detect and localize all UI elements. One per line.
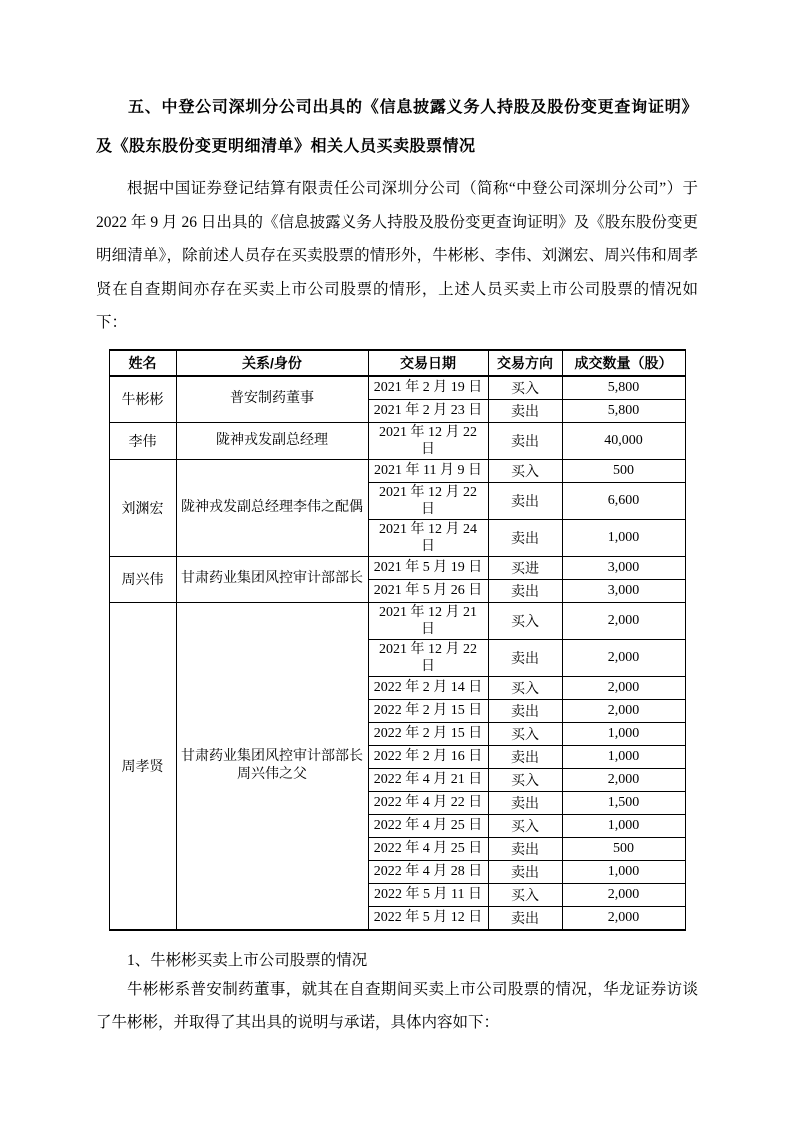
- trade-date-cell: 2022 年 4 月 21 日: [368, 768, 488, 791]
- trade-quantity-cell: 2,000: [562, 768, 685, 791]
- header-quantity: 成交数量（股）: [562, 350, 685, 376]
- document-page: 五、中登公司深圳分公司出具的《信息披露义务人持股及股份变更查询证明》及《股东股份…: [0, 0, 793, 1122]
- trade-date-cell: 2021 年 12 月 22 日: [368, 482, 488, 519]
- trade-quantity-cell: 2,000: [562, 676, 685, 699]
- trade-quantity-cell: 6,600: [562, 482, 685, 519]
- trade-quantity-cell: 2,000: [562, 906, 685, 930]
- trade-date-cell: 2022 年 2 月 14 日: [368, 676, 488, 699]
- subsection-paragraph: 牛彬彬系普安制药董事，就其在自查期间买卖上市公司股票的情况，华龙证券访谈了牛彬彬…: [96, 973, 698, 1040]
- trade-date-cell: 2021 年 2 月 23 日: [368, 399, 488, 422]
- trade-direction-cell: 买入: [488, 883, 562, 906]
- trade-direction-cell: 买入: [488, 722, 562, 745]
- person-relation-cell: 甘肃药业集团风控审计部部长: [176, 556, 368, 602]
- trade-quantity-cell: 1,500: [562, 791, 685, 814]
- trade-date-cell: 2022 年 4 月 25 日: [368, 837, 488, 860]
- trade-date-cell: 2021 年 12 月 21 日: [368, 602, 488, 639]
- trade-direction-cell: 卖出: [488, 699, 562, 722]
- trade-quantity-cell: 1,000: [562, 860, 685, 883]
- table-row: 周孝贤甘肃药业集团风控审计部部长周兴伟之父2021 年 12 月 21 日买入2…: [109, 602, 685, 639]
- trade-date-cell: 2022 年 2 月 15 日: [368, 699, 488, 722]
- trade-direction-cell: 卖出: [488, 745, 562, 768]
- trade-date-cell: 2021 年 12 月 22 日: [368, 639, 488, 676]
- trade-direction-cell: 买进: [488, 556, 562, 579]
- page-content: 五、中登公司深圳分公司出具的《信息披露义务人持股及股份变更查询证明》及《股东股份…: [0, 0, 793, 1040]
- trade-date-cell: 2022 年 4 月 22 日: [368, 791, 488, 814]
- table-row: 周兴伟甘肃药业集团风控审计部部长2021 年 5 月 19 日买进3,000: [109, 556, 685, 579]
- trade-direction-cell: 卖出: [488, 399, 562, 422]
- trade-date-cell: 2021 年 5 月 26 日: [368, 579, 488, 602]
- trade-quantity-cell: 5,800: [562, 399, 685, 422]
- trade-date-cell: 2021 年 5 月 19 日: [368, 556, 488, 579]
- trade-quantity-cell: 3,000: [562, 579, 685, 602]
- person-relation-cell: 甘肃药业集团风控审计部部长周兴伟之父: [176, 602, 368, 930]
- section-heading: 五、中登公司深圳分公司出具的《信息披露义务人持股及股份变更查询证明》及《股东股份…: [96, 88, 698, 166]
- trade-quantity-cell: 3,000: [562, 556, 685, 579]
- trade-date-cell: 2022 年 2 月 15 日: [368, 722, 488, 745]
- trade-quantity-cell: 500: [562, 837, 685, 860]
- header-direction: 交易方向: [488, 350, 562, 376]
- trade-quantity-cell: 1,000: [562, 745, 685, 768]
- trade-date-cell: 2022 年 5 月 11 日: [368, 883, 488, 906]
- person-name-cell: 牛彬彬: [109, 376, 176, 423]
- trade-date-cell: 2022 年 2 月 16 日: [368, 745, 488, 768]
- trade-date-cell: 2022 年 4 月 28 日: [368, 860, 488, 883]
- trade-quantity-cell: 2,000: [562, 639, 685, 676]
- trade-direction-cell: 卖出: [488, 639, 562, 676]
- trade-date-cell: 2021 年 12 月 22 日: [368, 422, 488, 459]
- trade-direction-cell: 卖出: [488, 860, 562, 883]
- header-row: 姓名 关系/身份 交易日期 交易方向 成交数量（股）: [109, 350, 685, 376]
- person-name-cell: 周孝贤: [109, 602, 176, 930]
- trade-quantity-cell: 500: [562, 459, 685, 482]
- trade-direction-cell: 卖出: [488, 482, 562, 519]
- trade-direction-cell: 买入: [488, 459, 562, 482]
- person-relation-cell: 普安制药董事: [176, 376, 368, 423]
- trade-direction-cell: 卖出: [488, 519, 562, 556]
- trade-date-cell: 2022 年 4 月 25 日: [368, 814, 488, 837]
- person-name-cell: 周兴伟: [109, 556, 176, 602]
- trade-direction-cell: 买入: [488, 768, 562, 791]
- trade-quantity-cell: 5,800: [562, 376, 685, 400]
- trades-table: 姓名 关系/身份 交易日期 交易方向 成交数量（股） 牛彬彬普安制药董事2021…: [109, 349, 686, 931]
- trade-quantity-cell: 1,000: [562, 519, 685, 556]
- header-date: 交易日期: [368, 350, 488, 376]
- table-row: 刘渊宏陇神戎发副总经理李伟之配偶2021 年 11 月 9 日买入500: [109, 459, 685, 482]
- header-name: 姓名: [109, 350, 176, 376]
- trade-date-cell: 2022 年 5 月 12 日: [368, 906, 488, 930]
- trade-date-cell: 2021 年 2 月 19 日: [368, 376, 488, 400]
- trade-quantity-cell: 2,000: [562, 602, 685, 639]
- person-name-cell: 刘渊宏: [109, 459, 176, 556]
- trade-direction-cell: 卖出: [488, 579, 562, 602]
- intro-paragraph: 根据中国证券登记结算有限责任公司深圳分公司（简称“中登公司深圳分公司”）于 20…: [96, 172, 698, 340]
- trade-quantity-cell: 2,000: [562, 883, 685, 906]
- trade-direction-cell: 卖出: [488, 837, 562, 860]
- trades-table-body: 牛彬彬普安制药董事2021 年 2 月 19 日买入5,8002021 年 2 …: [109, 376, 685, 930]
- trades-table-header: 姓名 关系/身份 交易日期 交易方向 成交数量（股）: [109, 350, 685, 376]
- trade-direction-cell: 卖出: [488, 906, 562, 930]
- trade-direction-cell: 买入: [488, 376, 562, 400]
- trade-direction-cell: 买入: [488, 676, 562, 699]
- trade-quantity-cell: 1,000: [562, 722, 685, 745]
- trade-direction-cell: 买入: [488, 814, 562, 837]
- trade-quantity-cell: 40,000: [562, 422, 685, 459]
- table-row: 牛彬彬普安制药董事2021 年 2 月 19 日买入5,800: [109, 376, 685, 400]
- trade-direction-cell: 卖出: [488, 422, 562, 459]
- trade-direction-cell: 卖出: [488, 791, 562, 814]
- subsection-title: 1、牛彬彬买卖上市公司股票的情况: [96, 948, 698, 970]
- trade-quantity-cell: 2,000: [562, 699, 685, 722]
- person-relation-cell: 陇神戎发副总经理李伟之配偶: [176, 459, 368, 556]
- trade-direction-cell: 买入: [488, 602, 562, 639]
- person-name-cell: 李伟: [109, 422, 176, 459]
- person-relation-cell: 陇神戎发副总经理: [176, 422, 368, 459]
- trade-quantity-cell: 1,000: [562, 814, 685, 837]
- trade-date-cell: 2021 年 11 月 9 日: [368, 459, 488, 482]
- header-relation: 关系/身份: [176, 350, 368, 376]
- trade-date-cell: 2021 年 12 月 24 日: [368, 519, 488, 556]
- table-row: 李伟陇神戎发副总经理2021 年 12 月 22 日卖出40,000: [109, 422, 685, 459]
